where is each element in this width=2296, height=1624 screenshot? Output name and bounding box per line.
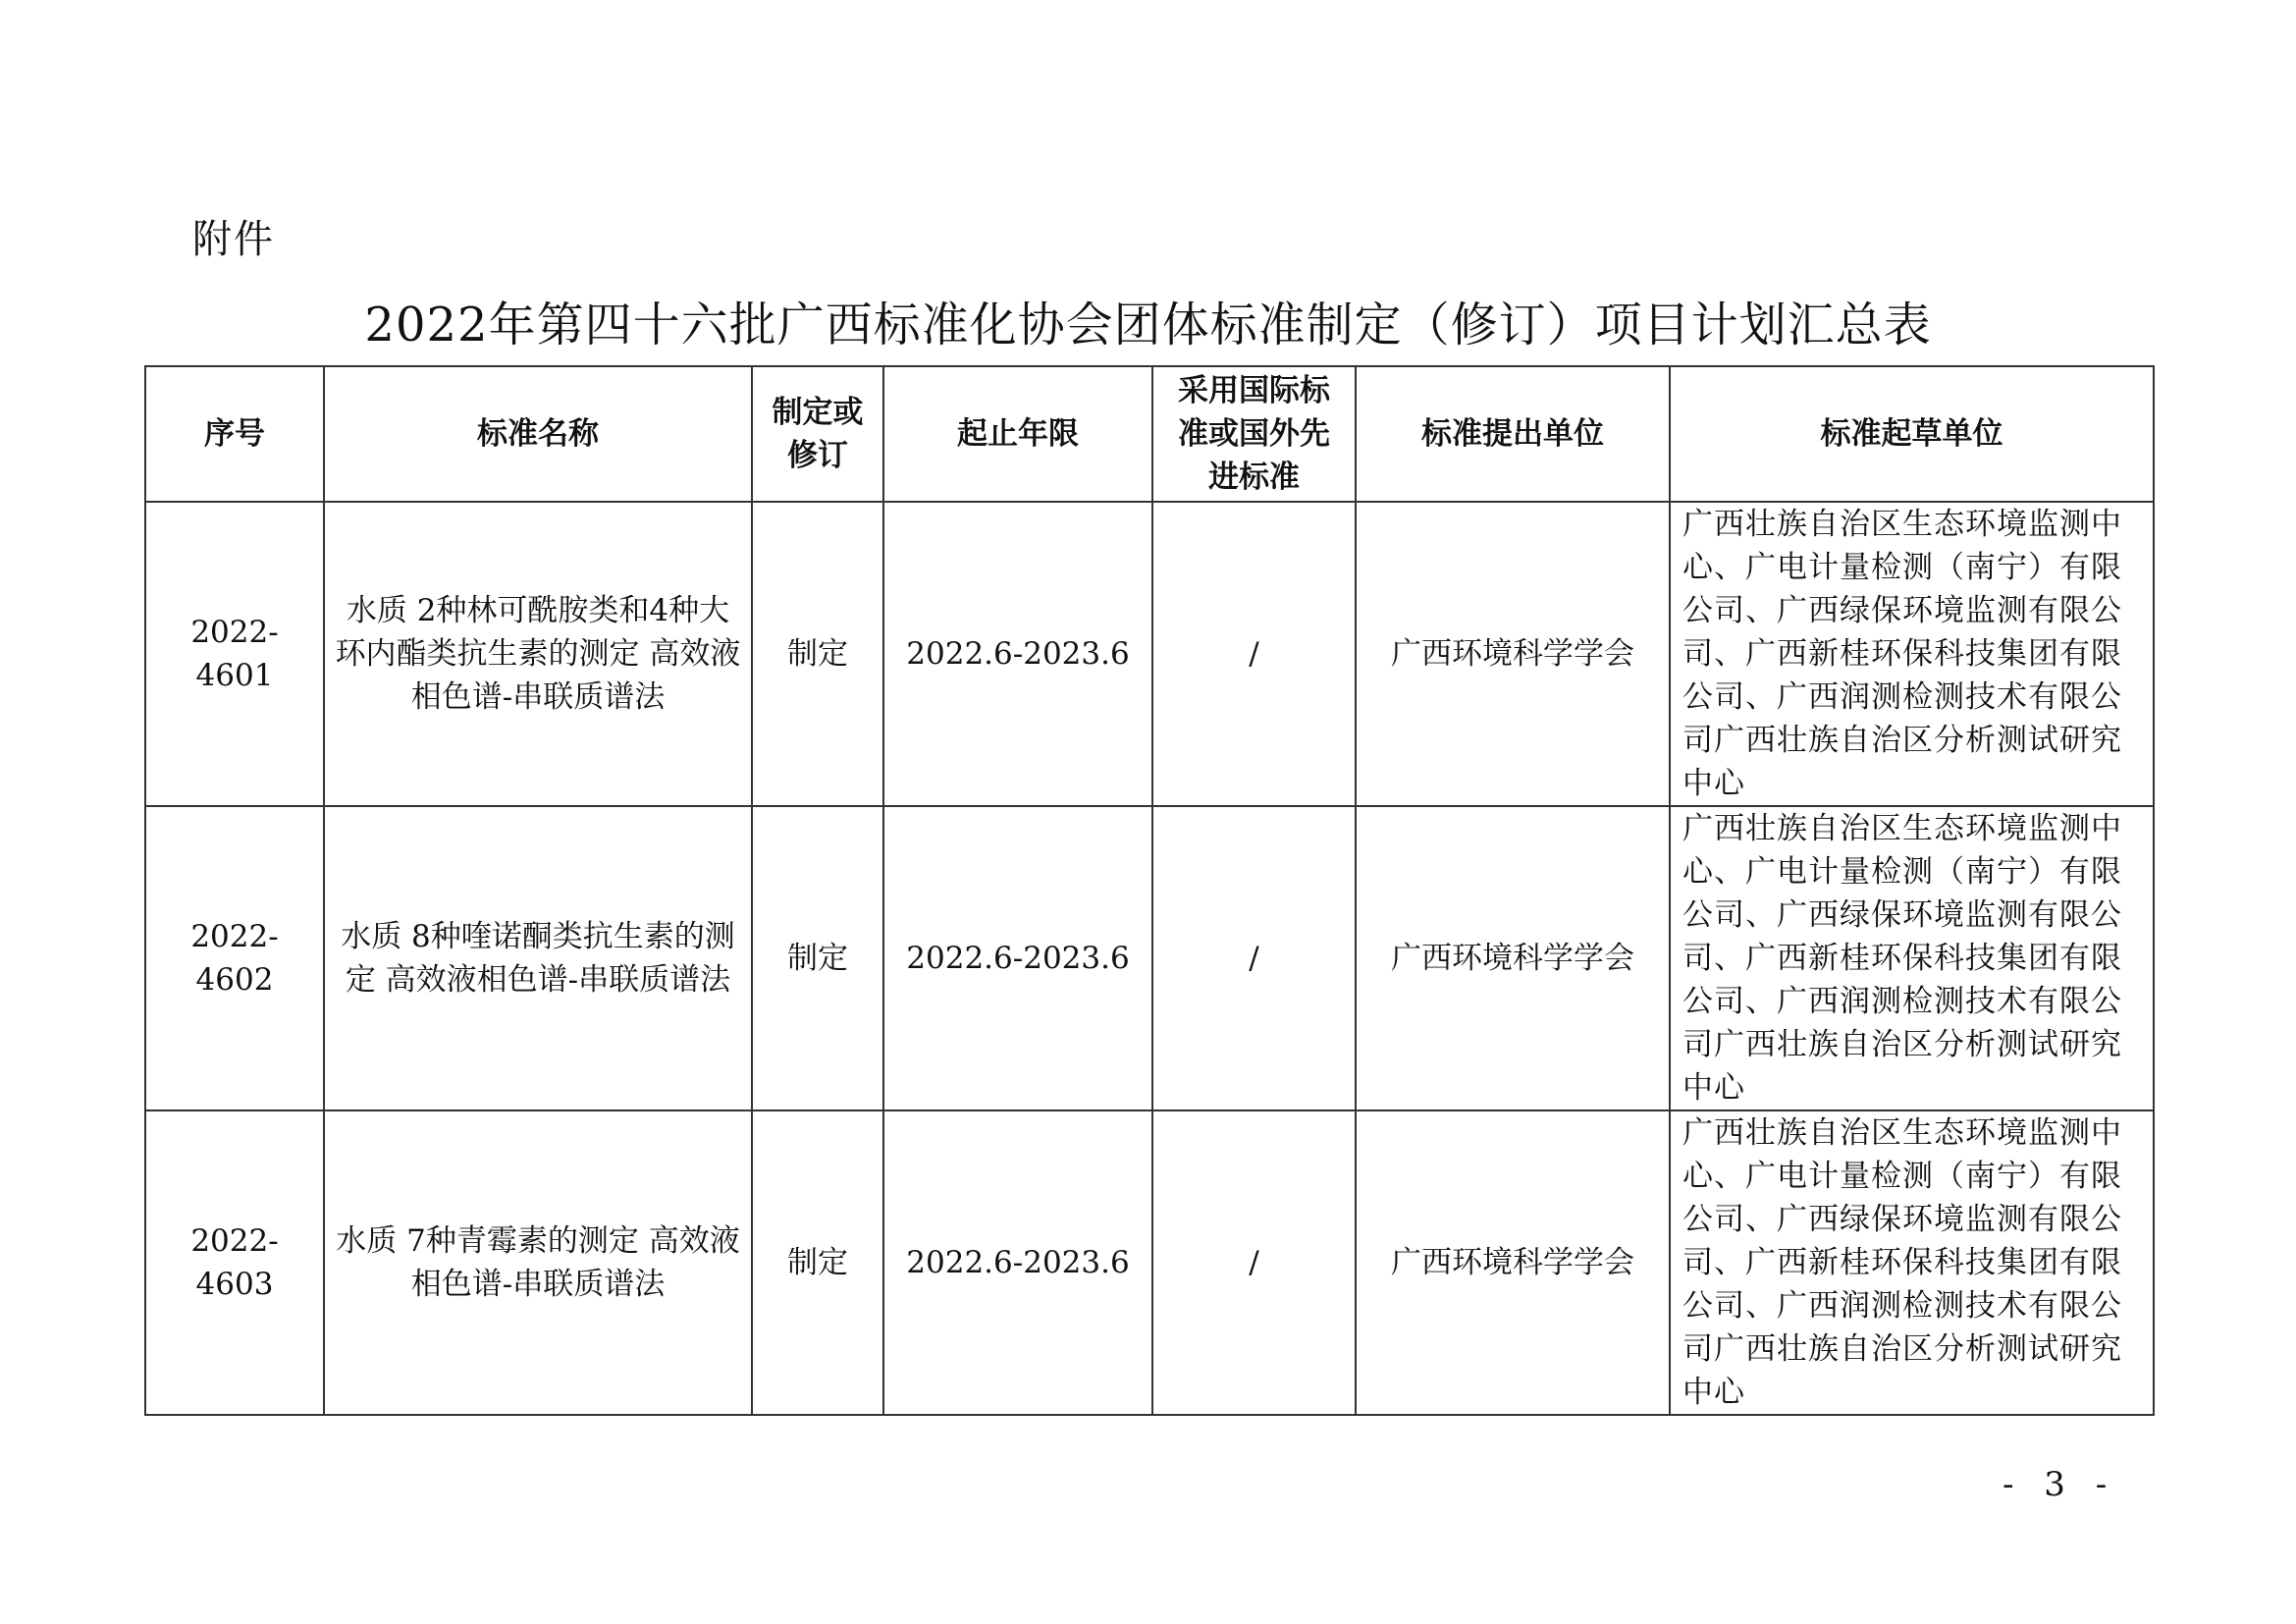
cell-proposer: 广西环境科学学会 — [1356, 502, 1670, 806]
attachment-label: 附件 — [192, 208, 275, 264]
cell-serial: 2022-4603 — [145, 1110, 324, 1415]
header-serial: 序号 — [145, 366, 324, 502]
cell-standard-name: 水质 2种林可酰胺类和4种大环内酯类抗生素的测定 高效液相色谱-串联质谱法 — [324, 502, 752, 806]
header-drafters: 标准起草单位 — [1670, 366, 2154, 502]
table-header-row: 序号 标准名称 制定或修订 起止年限 采用国际标准或国外先进标准 标准提出单位 … — [145, 366, 2154, 502]
project-plan-table: 序号 标准名称 制定或修订 起止年限 采用国际标准或国外先进标准 标准提出单位 … — [144, 365, 2155, 1416]
cell-period: 2022.6-2023.6 — [883, 806, 1152, 1110]
cell-serial: 2022-4602 — [145, 806, 324, 1110]
cell-period: 2022.6-2023.6 — [883, 1110, 1152, 1415]
header-type: 制定或修订 — [752, 366, 883, 502]
page-number: - 3 - — [2002, 1465, 2116, 1504]
cell-intl-standard: / — [1152, 502, 1356, 806]
header-period: 起止年限 — [883, 366, 1152, 502]
cell-standard-name: 水质 7种青霉素的测定 高效液相色谱-串联质谱法 — [324, 1110, 752, 1415]
cell-proposer: 广西环境科学学会 — [1356, 806, 1670, 1110]
cell-drafters: 广西壮族自治区生态环境监测中心、广电计量检测（南宁）有限公司、广西绿保环境监测有… — [1670, 806, 2154, 1110]
cell-type: 制定 — [752, 806, 883, 1110]
table-row: 2022-4601 水质 2种林可酰胺类和4种大环内酯类抗生素的测定 高效液相色… — [145, 502, 2154, 806]
cell-drafters: 广西壮族自治区生态环境监测中心、广电计量检测（南宁）有限公司、广西绿保环境监测有… — [1670, 1110, 2154, 1415]
cell-intl-standard: / — [1152, 1110, 1356, 1415]
cell-period: 2022.6-2023.6 — [883, 502, 1152, 806]
cell-proposer: 广西环境科学学会 — [1356, 1110, 1670, 1415]
cell-type: 制定 — [752, 1110, 883, 1415]
cell-type: 制定 — [752, 502, 883, 806]
table-row: 2022-4603 水质 7种青霉素的测定 高效液相色谱-串联质谱法 制定 20… — [145, 1110, 2154, 1415]
cell-drafters: 广西壮族自治区生态环境监测中心、广电计量检测（南宁）有限公司、广西绿保环境监测有… — [1670, 502, 2154, 806]
header-intl-standard: 采用国际标准或国外先进标准 — [1152, 366, 1356, 502]
page-title: 2022年第四十六批广西标准化协会团体标准制定（修订）项目计划汇总表 — [0, 287, 2296, 354]
cell-intl-standard: / — [1152, 806, 1356, 1110]
header-standard-name: 标准名称 — [324, 366, 752, 502]
cell-serial: 2022-4601 — [145, 502, 324, 806]
header-proposer: 标准提出单位 — [1356, 366, 1670, 502]
table-row: 2022-4602 水质 8种喹诺酮类抗生素的测定 高效液相色谱-串联质谱法 制… — [145, 806, 2154, 1110]
cell-standard-name: 水质 8种喹诺酮类抗生素的测定 高效液相色谱-串联质谱法 — [324, 806, 752, 1110]
